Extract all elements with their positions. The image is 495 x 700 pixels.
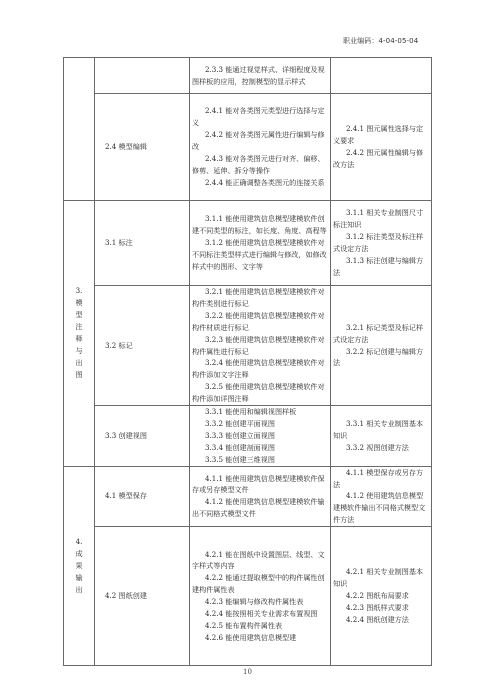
unit-cell-empty — [95, 58, 190, 94]
skill-item: 3.1.1 能使用建筑信息模型建模软件创建不同类型的标注，如长度、角度、高程等 — [192, 213, 328, 237]
skill-item: 2.4.1 能对各类图元类型进行选择与定义 — [192, 105, 328, 129]
knowledge-cell: 2.4.1 图元属性选择与定义要求 2.4.2 图元属性编辑与修改方法 — [331, 94, 432, 201]
skill-item: 3.3.4 能创建剖面视图 — [192, 442, 328, 454]
knowledge-item: 3.2.1 标记类型及标记样式设定方法 — [333, 322, 429, 346]
skills-cell: 2.3.3 能通过视觉样式、详细程度及视图样板的应用，控制模型的显示样式 — [190, 58, 331, 94]
skills-cell: 4.1.1 能使用建筑信息模型建模软件保存或另存模型文件 4.1.2 能使用建筑… — [190, 466, 331, 527]
knowledge-item: 2.4.1 图元属性选择与定义要求 — [333, 123, 429, 147]
unit-cell: 4.2 图纸创建 — [95, 527, 190, 666]
table-row: 2.3.3 能通过视觉样式、详细程度及视图样板的应用，控制模型的显示样式 — [64, 58, 432, 94]
skills-cell: 2.4.1 能对各类图元类型进行选择与定义 2.4.2 能对各类图元属性进行编辑… — [190, 94, 331, 201]
skills-cell: 3.3.1 能使用和编辑视图样板 3.3.2 能创建平面视图 3.3.3 能创建… — [190, 406, 331, 467]
table-row: 4.2 图纸创建 4.2.1 能在图纸中设置图层、线型、文字样式等内容 4.2.… — [64, 527, 432, 666]
knowledge-item: 4.2.3 图纸样式要求 — [333, 602, 429, 614]
skill-item: 3.3.5 能创建三维视图 — [192, 454, 328, 466]
skill-item: 4.1.1 能使用建筑信息模型建模软件保存或另存模型文件 — [192, 473, 328, 497]
skill-standard-table: 2.3.3 能通过视觉样式、详细程度及视图样板的应用，控制模型的显示样式 2.4… — [63, 57, 432, 666]
skill-item: 4.2.3 能编辑与修改构件属性表 — [192, 596, 328, 608]
skill-item: 4.2.5 能布置构件属性表 — [192, 620, 328, 632]
category-cell-empty — [64, 58, 95, 201]
skill-item: 4.2.1 能在图纸中设置图层、线型、文字样式等内容 — [192, 549, 328, 573]
skill-item: 4.2.4 能按照相关专业需求布置视图 — [192, 608, 328, 620]
table-row: 3.2 标记 3.2.1 能使用建筑信息模型建模软件对构件类别进行标记 3.2.… — [64, 286, 432, 406]
category-cell: 3. 模 型 注 释 与 出 图 — [64, 201, 95, 467]
knowledge-cell: 3.2.1 标记类型及标记样式设定方法 3.2.2 标记创建与编辑方法 — [331, 286, 432, 406]
knowledge-item: 3.3.1 相关专业制图基本知识 — [333, 418, 429, 442]
table-row: 3.3 创建视图 3.3.1 能使用和编辑视图样板 3.3.2 能创建平面视图 … — [64, 406, 432, 467]
knowledge-cell: 4.2.1 相关专业制图基本知识 4.2.2 图纸布局要求 4.2.3 图纸样式… — [331, 527, 432, 666]
skill-item: 3.1.2 能使用建筑信息模型建模软件对不同标注类型样式进行编辑与修改，如修改样… — [192, 237, 328, 273]
knowledge-item: 4.2.1 相关专业制图基本知识 — [333, 566, 429, 590]
knowledge-item: 4.2.2 图纸布局要求 — [333, 590, 429, 602]
knowledge-item: 4.1.1 模型保存或另存方法 — [333, 467, 429, 491]
knowledge-item: 4.1.2 使用建筑信息模型建模软件输出不同格式模型文件方法 — [333, 490, 429, 526]
unit-cell: 3.2 标记 — [95, 286, 190, 406]
knowledge-cell-empty — [331, 58, 432, 94]
skills-cell: 3.2.1 能使用建筑信息模型建模软件对构件类别进行标记 3.2.2 能使用建筑… — [190, 286, 331, 406]
skill-item: 4.2.2 能通过提取模型中的构件属性创建构件属性表 — [192, 572, 328, 596]
knowledge-item: 3.3.2 视图创建方法 — [333, 442, 429, 454]
knowledge-cell: 3.3.1 相关专业制图基本知识 3.3.2 视图创建方法 — [331, 406, 432, 467]
skill-item: 3.2.2 能使用建筑信息模型建模软件对构件材质进行标记 — [192, 310, 328, 334]
knowledge-item: 3.1.2 标注类型及标注样式设定方法 — [333, 231, 429, 255]
table-row: 2.4 模型编辑 2.4.1 能对各类图元类型进行选择与定义 2.4.2 能对各… — [64, 94, 432, 201]
category-cell: 4. 成 果 输 出 — [64, 466, 95, 666]
knowledge-item: 3.1.1 相关专业制图尺寸标注知识 — [333, 207, 429, 231]
unit-cell: 3.1 标注 — [95, 201, 190, 286]
skill-item: 2.4.2 能对各类图元属性进行编辑与修改 — [192, 129, 328, 153]
unit-cell: 2.4 模型编辑 — [95, 94, 190, 201]
knowledge-item: 2.4.2 图元属性编辑与修改方法 — [333, 147, 429, 171]
knowledge-item: 4.2.4 图纸创建方法 — [333, 614, 429, 626]
skill-item: 3.3.3 能创建立面视图 — [192, 430, 328, 442]
knowledge-item: 3.2.2 标记创建与编辑方法 — [333, 346, 429, 370]
skill-item: 2.3.3 能通过视觉样式、详细程度及视图样板的应用，控制模型的显示样式 — [192, 64, 328, 88]
skill-item: 2.4.4 能正确调整各类图元的连接关系 — [192, 177, 328, 189]
occupation-code: 职业编码：4-04-05-04 — [343, 36, 418, 46]
skill-item: 4.1.2 能使用建筑信息模型建模软件输出不同格式模型文件 — [192, 496, 328, 520]
category-label-vertical: 3. 模 型 注 释 与 出 图 — [75, 285, 84, 381]
skill-item: 2.4.3 能对各类图元进行对齐、偏移、修剪、延伸、拆分等操作 — [192, 153, 328, 177]
skill-item: 3.3.2 能创建平面视图 — [192, 418, 328, 430]
table-row: 4. 成 果 输 出 4.1 模型保存 4.1.1 能使用建筑信息模型建模软件保… — [64, 466, 432, 527]
skills-cell: 4.2.1 能在图纸中设置图层、线型、文字样式等内容 4.2.2 能通过提取模型… — [190, 527, 331, 666]
skill-item: 3.2.1 能使用建筑信息模型建模软件对构件类别进行标记 — [192, 286, 328, 310]
knowledge-cell: 3.1.1 相关专业制图尺寸标注知识 3.1.2 标注类型及标注样式设定方法 3… — [331, 201, 432, 286]
unit-cell: 3.3 创建视图 — [95, 406, 190, 467]
category-label-vertical: 4. 成 果 输 出 — [75, 536, 84, 596]
skill-item: 4.2.6 能使用建筑信息模型建 — [192, 632, 328, 644]
page-number: 10 — [0, 668, 495, 676]
knowledge-item: 3.1.3 标注创建与编辑方法 — [333, 255, 429, 279]
skill-item: 3.2.3 能使用建筑信息模型建模软件对构件属性进行标记 — [192, 334, 328, 358]
skill-item: 3.3.1 能使用和编辑视图样板 — [192, 406, 328, 418]
skill-item: 3.2.4 能使用建筑信息模型建模软件对构件添加文字注释 — [192, 357, 328, 381]
table-row: 3. 模 型 注 释 与 出 图 3.1 标注 3.1.1 能使用建筑信息模型建… — [64, 201, 432, 286]
knowledge-cell: 4.1.1 模型保存或另存方法 4.1.2 使用建筑信息模型建模软件输出不同格式… — [331, 466, 432, 527]
skill-item: 3.2.5 能使用建筑信息模型建模软件对构件添加详图注释 — [192, 381, 328, 405]
unit-cell: 4.1 模型保存 — [95, 466, 190, 527]
skills-cell: 3.1.1 能使用建筑信息模型建模软件创建不同类型的标注，如长度、角度、高程等 … — [190, 201, 331, 286]
